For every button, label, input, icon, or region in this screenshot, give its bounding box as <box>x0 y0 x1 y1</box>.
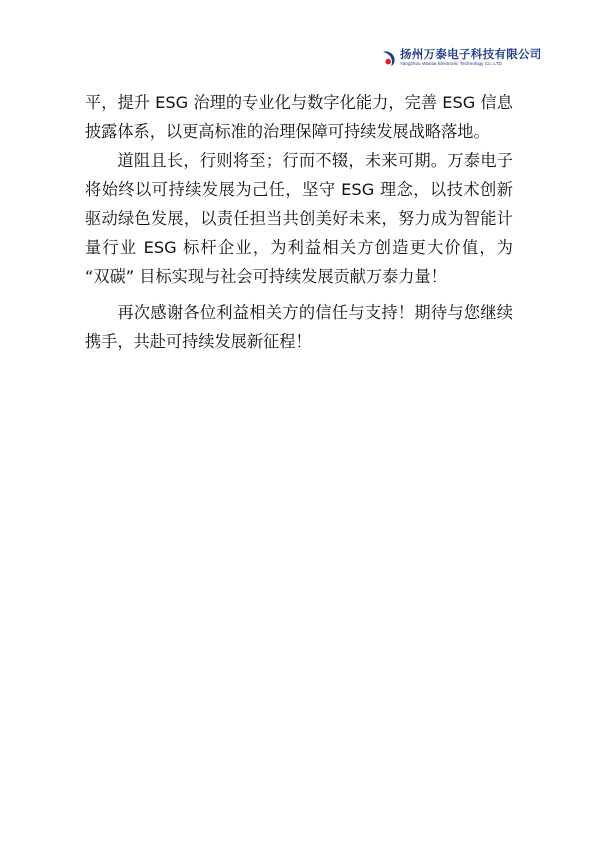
company-name-cn: 扬州万泰电子科技有限公司 <box>400 49 542 61</box>
paragraph-governance-continuation: 平，提升 ESG 治理的专业化与数字化能力，完善 ESG 信息披露体系，以更高标… <box>85 88 513 146</box>
company-name-en: Yangzhou Wantai Electronic Technology Co… <box>400 62 542 67</box>
company-logo: 扬州万泰电子科技有限公司 Yangzhou Wantai Electronic … <box>381 48 542 68</box>
wantai-logo-icon <box>381 49 397 67</box>
paragraph-thanks: 再次感谢各位利益相关方的信任与支持！期待与您继续携手，共赴可持续发展新征程！ <box>85 298 513 356</box>
document-body: 平，提升 ESG 治理的专业化与数字化能力，完善 ESG 信息披露体系，以更高标… <box>85 88 513 356</box>
company-name: 扬州万泰电子科技有限公司 Yangzhou Wantai Electronic … <box>400 49 542 66</box>
paragraph-outlook: 道阻且长，行则将至；行而不辍，未来可期。万泰电子将始终以可持续发展为己任，坚守 … <box>85 146 513 291</box>
